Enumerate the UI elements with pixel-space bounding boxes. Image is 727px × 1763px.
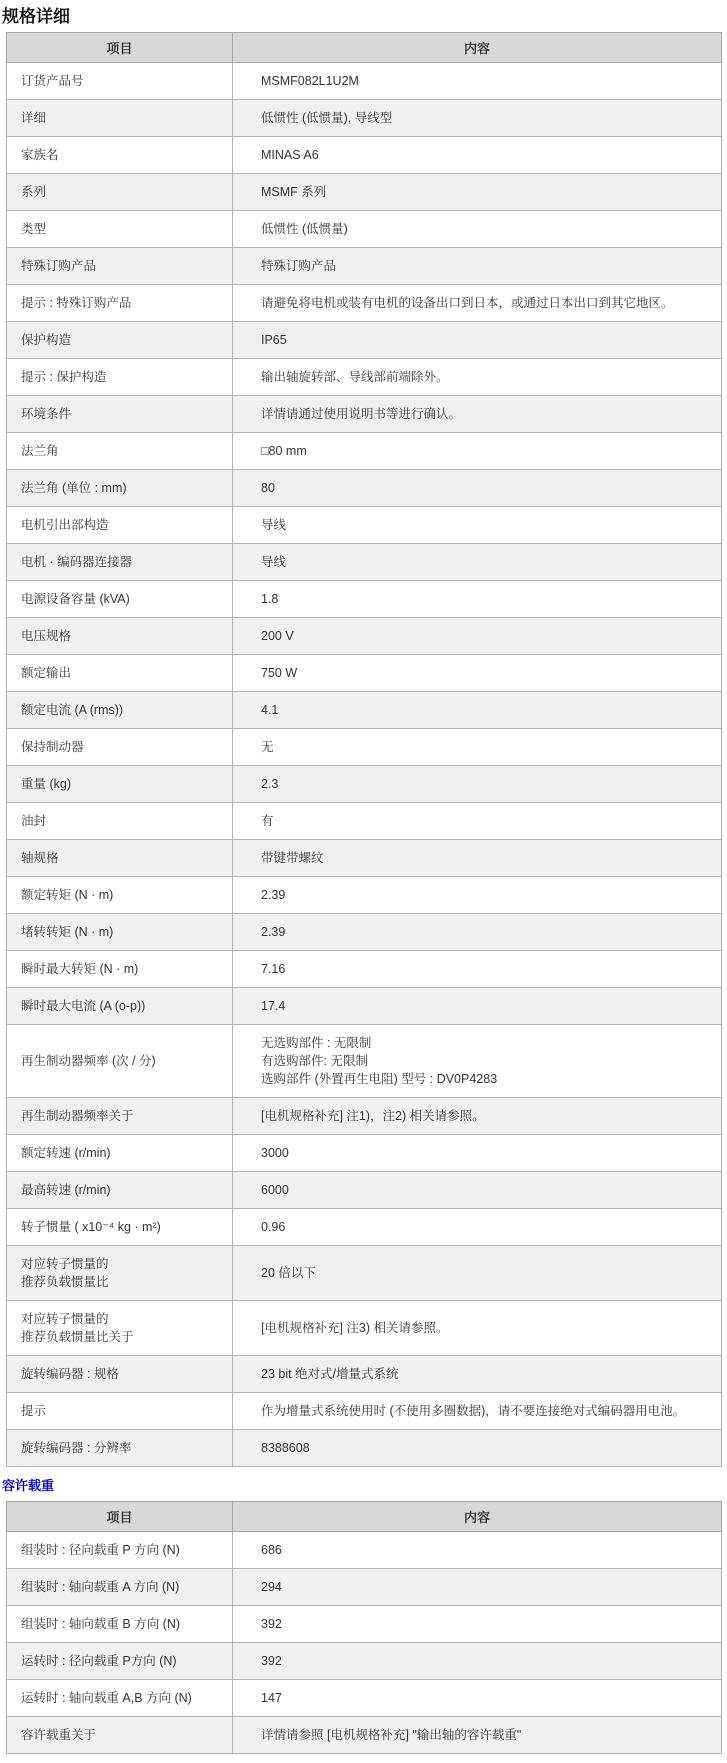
- table-row: 额定电流 (A (rms))4.1: [7, 692, 722, 729]
- table-row: 特殊订购产品特殊订购产品: [7, 248, 722, 285]
- table-row: 额定转速 (r/min)3000: [7, 1135, 722, 1172]
- item-cell: 重量 (kg): [7, 766, 233, 803]
- value-cell: 0.96: [233, 1209, 722, 1246]
- value-cell: 作为增量式系统使用时 (不使用多圈数据)，请不要连接绝对式编码器用电池。: [233, 1393, 722, 1430]
- spec-header-item: 项目: [7, 33, 233, 63]
- value-cell: 6000: [233, 1172, 722, 1209]
- value-cell: 低惯性 (低惯量), 导线型: [233, 100, 722, 137]
- item-cell: 电源设备容量 (kVA): [7, 581, 233, 618]
- item-cell: 轴规格: [7, 840, 233, 877]
- table-row: 法兰角□80 mm: [7, 433, 722, 470]
- value-cell: 7.16: [233, 951, 722, 988]
- table-row: 环境条件详情请通过使用说明书等进行确认。: [7, 396, 722, 433]
- table-row: 瞬时最大电流 (A (o-p))17.4: [7, 988, 722, 1025]
- table-row: 瞬时最大转矩 (N · m)7.16: [7, 951, 722, 988]
- value-cell: 20 倍以下: [233, 1246, 722, 1301]
- item-cell: 保持制动器: [7, 729, 233, 766]
- spec-table-header-row: 项目 内容: [7, 33, 722, 63]
- value-cell: 特殊订购产品: [233, 248, 722, 285]
- table-row: 对应转子惯量的 推荐负载惯量比20 倍以下: [7, 1246, 722, 1301]
- item-cell: 提示 : 特殊订购产品: [7, 285, 233, 322]
- table-row: 保护构造IP65: [7, 322, 722, 359]
- table-row: 再生制动器频率关于[电机规格补充] 注1)，注2) 相关请参照。: [7, 1098, 722, 1135]
- table-row: 旋转编码器 : 规格23 bit 绝对式/增量式系统: [7, 1356, 722, 1393]
- item-cell: 旋转编码器 : 规格: [7, 1356, 233, 1393]
- value-cell: 无选购部件 : 无限制 有选购部件: 无限制 选购部件 (外置再生电阻) 型号 …: [233, 1025, 722, 1098]
- value-cell: [电机规格补充] 注3) 相关请参照。: [233, 1301, 722, 1356]
- value-cell: 输出轴旋转部、导线部前端除外。: [233, 359, 722, 396]
- value-cell: 有: [233, 803, 722, 840]
- item-cell: 法兰角 (单位 : mm): [7, 470, 233, 507]
- item-cell: 电机引出部构造: [7, 507, 233, 544]
- item-cell: 再生制动器频率 (次 / 分): [7, 1025, 233, 1098]
- item-cell: 瞬时最大电流 (A (o-p)): [7, 988, 233, 1025]
- item-cell: 额定电流 (A (rms)): [7, 692, 233, 729]
- table-row: 电源设备容量 (kVA)1.8: [7, 581, 722, 618]
- item-cell: 运转时 : 轴向载重 A,B 方向 (N): [7, 1680, 233, 1717]
- item-cell: 环境条件: [7, 396, 233, 433]
- item-cell: 堵转转矩 (N · m): [7, 914, 233, 951]
- value-cell: 1.8: [233, 581, 722, 618]
- table-row: 法兰角 (单位 : mm)80: [7, 470, 722, 507]
- value-cell: 带键带螺纹: [233, 840, 722, 877]
- value-cell: 2.39: [233, 914, 722, 951]
- value-cell: MSMF 系列: [233, 174, 722, 211]
- table-row: 再生制动器频率 (次 / 分)无选购部件 : 无限制 有选购部件: 无限制 选购…: [7, 1025, 722, 1098]
- value-cell: 147: [233, 1680, 722, 1717]
- table-row: 组装时 : 轴向载重 B 方向 (N)392: [7, 1606, 722, 1643]
- value-cell: 80: [233, 470, 722, 507]
- value-cell: 686: [233, 1532, 722, 1569]
- value-cell: 详情请参照 [电机规格补充] "输出轴的容许载重": [233, 1717, 722, 1754]
- item-cell: 转子惯量 ( x10⁻⁴ kg · m²): [7, 1209, 233, 1246]
- item-cell: 油封: [7, 803, 233, 840]
- item-cell: 详细: [7, 100, 233, 137]
- value-cell: 导线: [233, 544, 722, 581]
- value-cell: 详情请通过使用说明书等进行确认。: [233, 396, 722, 433]
- value-cell: 请避免将电机或装有电机的设备出口到日本，或通过日本出口到其它地区。: [233, 285, 722, 322]
- value-cell: 2.39: [233, 877, 722, 914]
- value-cell: 750 W: [233, 655, 722, 692]
- item-cell: 组装时 : 轴向载重 B 方向 (N): [7, 1606, 233, 1643]
- item-cell: 特殊订购产品: [7, 248, 233, 285]
- item-cell: 家族名: [7, 137, 233, 174]
- value-cell: 8388608: [233, 1430, 722, 1467]
- allowable-load-table: 项目 内容 组装时 : 径向载重 P 方向 (N)686 组装时 : 轴向载重 …: [6, 1501, 722, 1754]
- item-cell: 运转时 : 径向载重 P方向 (N): [7, 1643, 233, 1680]
- load-header-item: 项目: [7, 1502, 233, 1532]
- table-row: 轴规格带键带螺纹: [7, 840, 722, 877]
- table-row: 电机引出部构造导线: [7, 507, 722, 544]
- value-cell: 4.1: [233, 692, 722, 729]
- item-cell: 系列: [7, 174, 233, 211]
- allowable-load-link[interactable]: 容许载重: [2, 1478, 727, 1494]
- table-row: 提示作为增量式系统使用时 (不使用多圈数据)，请不要连接绝对式编码器用电池。: [7, 1393, 722, 1430]
- value-cell: 无: [233, 729, 722, 766]
- load-table-header-row: 项目 内容: [7, 1502, 722, 1532]
- table-row: 对应转子惯量的 推荐负载惯量比关于[电机规格补充] 注3) 相关请参照。: [7, 1301, 722, 1356]
- value-cell: 392: [233, 1643, 722, 1680]
- spec-header-content: 内容: [233, 33, 722, 63]
- table-row: 油封有: [7, 803, 722, 840]
- item-cell: 再生制动器频率关于: [7, 1098, 233, 1135]
- table-row: 电压规格200 V: [7, 618, 722, 655]
- table-row: 订货产品号MSMF082L1U2M: [7, 63, 722, 100]
- value-cell: MINAS A6: [233, 137, 722, 174]
- item-cell: 额定输出: [7, 655, 233, 692]
- spec-table: 项目 内容 订货产品号MSMF082L1U2M 详细低惯性 (低惯量), 导线型…: [6, 32, 722, 1467]
- table-row: 系列MSMF 系列: [7, 174, 722, 211]
- table-row: 详细低惯性 (低惯量), 导线型: [7, 100, 722, 137]
- page-title: 规格详细: [2, 6, 727, 28]
- item-cell: 对应转子惯量的 推荐负载惯量比关于: [7, 1301, 233, 1356]
- item-cell: 额定转速 (r/min): [7, 1135, 233, 1172]
- value-cell: 17.4: [233, 988, 722, 1025]
- value-cell: [电机规格补充] 注1)，注2) 相关请参照。: [233, 1098, 722, 1135]
- table-row: 最高转速 (r/min)6000: [7, 1172, 722, 1209]
- item-cell: 瞬时最大转矩 (N · m): [7, 951, 233, 988]
- value-cell: 3000: [233, 1135, 722, 1172]
- table-row: 组装时 : 径向载重 P 方向 (N)686: [7, 1532, 722, 1569]
- value-cell: □80 mm: [233, 433, 722, 470]
- item-cell: 组装时 : 轴向载重 A 方向 (N): [7, 1569, 233, 1606]
- item-cell: 组装时 : 径向载重 P 方向 (N): [7, 1532, 233, 1569]
- value-cell: MSMF082L1U2M: [233, 63, 722, 100]
- table-row: 保持制动器无: [7, 729, 722, 766]
- table-row: 转子惯量 ( x10⁻⁴ kg · m²)0.96: [7, 1209, 722, 1246]
- item-cell: 电压规格: [7, 618, 233, 655]
- table-row: 提示 : 特殊订购产品请避免将电机或装有电机的设备出口到日本，或通过日本出口到其…: [7, 285, 722, 322]
- item-cell: 电机 · 编码器连接器: [7, 544, 233, 581]
- table-row: 电机 · 编码器连接器导线: [7, 544, 722, 581]
- item-cell: 保护构造: [7, 322, 233, 359]
- table-row: 重量 (kg)2.3: [7, 766, 722, 803]
- table-row: 运转时 : 径向载重 P方向 (N)392: [7, 1643, 722, 1680]
- table-row: 运转时 : 轴向载重 A,B 方向 (N)147: [7, 1680, 722, 1717]
- item-cell: 订货产品号: [7, 63, 233, 100]
- value-cell: 低惯性 (低惯量): [233, 211, 722, 248]
- value-cell: IP65: [233, 322, 722, 359]
- table-row: 类型低惯性 (低惯量): [7, 211, 722, 248]
- item-cell: 容许载重关于: [7, 1717, 233, 1754]
- load-header-content: 内容: [233, 1502, 722, 1532]
- value-cell: 200 V: [233, 618, 722, 655]
- table-row: 家族名MINAS A6: [7, 137, 722, 174]
- value-cell: 23 bit 绝对式/增量式系统: [233, 1356, 722, 1393]
- value-cell: 2.3: [233, 766, 722, 803]
- item-cell: 最高转速 (r/min): [7, 1172, 233, 1209]
- table-row: 旋转编码器 : 分辨率8388608: [7, 1430, 722, 1467]
- table-row: 额定输出750 W: [7, 655, 722, 692]
- table-row: 额定转矩 (N · m)2.39: [7, 877, 722, 914]
- table-row: 组装时 : 轴向载重 A 方向 (N)294: [7, 1569, 722, 1606]
- table-row: 提示 : 保护构造输出轴旋转部、导线部前端除外。: [7, 359, 722, 396]
- table-row: 容许载重关于详情请参照 [电机规格补充] "输出轴的容许载重": [7, 1717, 722, 1754]
- item-cell: 对应转子惯量的 推荐负载惯量比: [7, 1246, 233, 1301]
- value-cell: 导线: [233, 507, 722, 544]
- item-cell: 类型: [7, 211, 233, 248]
- item-cell: 提示 : 保护构造: [7, 359, 233, 396]
- item-cell: 提示: [7, 1393, 233, 1430]
- item-cell: 额定转矩 (N · m): [7, 877, 233, 914]
- value-cell: 392: [233, 1606, 722, 1643]
- value-cell: 294: [233, 1569, 722, 1606]
- item-cell: 法兰角: [7, 433, 233, 470]
- item-cell: 旋转编码器 : 分辨率: [7, 1430, 233, 1467]
- table-row: 堵转转矩 (N · m)2.39: [7, 914, 722, 951]
